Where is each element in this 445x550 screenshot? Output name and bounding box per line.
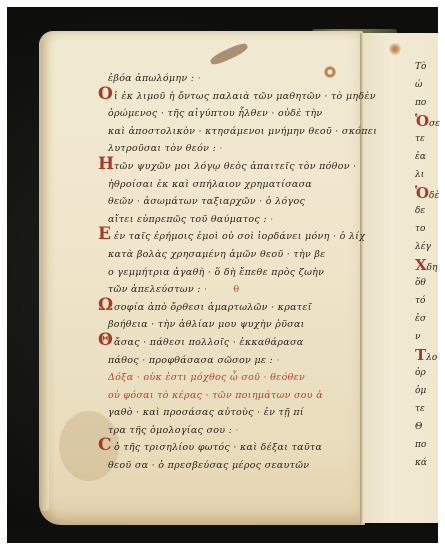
rubric-initial: Ω <box>98 297 113 315</box>
manuscript-line: ἠθροίσαι ἐκ καὶ σπήλαιον χρηματίσασα <box>108 176 348 194</box>
manuscript-line-fragment: ὁμ <box>415 382 440 400</box>
rubric-dot: · <box>273 355 280 366</box>
manuscript-line-fragment: τε <box>415 400 440 418</box>
line-text: λυτροῦσαι τὸν θεόν : <box>108 143 216 154</box>
ink-smudge <box>209 41 249 67</box>
manuscript-line-fragment: Χδη <box>415 256 440 274</box>
manuscript-line-fragment: Θ <box>415 418 440 436</box>
line-text: ὁρώμενος · τῆς αἰγύπτου ἦλθεν · οὐδὲ τὴν <box>108 108 323 119</box>
manuscript-line: βοήθεια · τὴν ἀθλίαν μου ψυχὴν ῥῦσαι <box>108 316 348 334</box>
manuscript-line: λυτροῦσαι τὸν θεόν : · <box>108 140 348 158</box>
manuscript-line: ἐβόα ἀπωλόμην : · <box>108 70 348 88</box>
rubric-dot: · <box>216 143 223 154</box>
line-text: τῶν ψυχῶν μοι λόγῳ θεὸς ἀπαιτεῖς τὸν πόθ… <box>114 161 356 172</box>
rubric-initial: Χ <box>415 256 427 274</box>
manuscript-line: γαθὸ · καὶ προσάσας αὐτοὺς · ἐν τῇ πί <box>108 404 348 422</box>
manuscript-line: κατὰ βολὰς χρησαμένη ἁμῶν θεοῦ · τὴν βε <box>108 246 348 264</box>
right-page-text: ΤὸὠποὉσετεἐαλιὉδὲδετολέγΧδηὅθτόἐσνΤλοὀρὁ… <box>415 58 440 472</box>
rubric-dot: · <box>267 214 274 225</box>
manuscript-line: αἴτει εὐπρεπῶς τοῦ θαύματος : · <box>108 211 348 229</box>
manuscript-line: πάθος · προφθάσασα σῶσον με : · <box>108 352 348 370</box>
manuscript-line-fragment: Ὁσε <box>415 112 440 130</box>
left-page-text: ἐβόα ἀπωλόμην : ·Οἱ ἐκ λιμοῦ ἡ ὄντως παλ… <box>108 70 348 475</box>
manuscript-line: Οἱ ἐκ λιμοῦ ἡ ὄντως παλαιὰ τῶν μαθητῶν ·… <box>108 88 348 106</box>
line-text: λο <box>426 353 437 363</box>
manuscript-line-fragment: τε <box>415 130 440 148</box>
line-text: θεοῦ σα · ὁ πρεσβεύσας μέρος σεαυτῶν <box>108 460 309 471</box>
manuscript-line-fragment: Τὸ <box>415 58 440 76</box>
dark-background-bottom <box>7 525 438 543</box>
manuscript-line-fragment: ὅθ <box>415 274 440 292</box>
manuscript-line: Θἄσας · πάθεσι πολλοῖς · ἐκκαθάρασα <box>108 334 348 352</box>
rubric-initial: Ο <box>98 86 113 104</box>
manuscript-line: τρα τῆς ὁμολογίας σου : · <box>108 422 348 440</box>
rubric-initial: Ὁ <box>415 112 429 130</box>
manuscript-line-fragment: Ὁδὲ <box>415 184 440 202</box>
line-text: οὐ φόσαι τὸ κέρας · τῶν ποιημάτων σου ἀ <box>108 390 323 401</box>
manuscript-line: θεῶν · ἀσωμάτων ταξιαρχῶν · ὁ λόγος <box>108 193 348 211</box>
line-text: ἐβόα ἀπωλόμην : <box>108 73 194 84</box>
manuscript-line-fragment: πο <box>415 94 440 112</box>
line-text: γαθὸ · καὶ προσάσας αὐτοὺς · ἐν τῇ πί <box>108 407 304 418</box>
line-text: πάθος · προφθάσασα σῶσον με : <box>108 355 273 366</box>
line-text: τρα τῆς ὁμολογίας σου : <box>108 425 232 436</box>
rubric-initial: Θ <box>98 332 113 350</box>
line-text: καὶ ἀποστολικὸν · κτησάμενοι μνήμην θεοῦ… <box>108 126 377 137</box>
manuscript-line-fragment: Τλο <box>415 346 440 364</box>
rubric-initial: Η <box>98 156 114 174</box>
line-text: αἴτει εὐπρεπῶς τοῦ θαύματος : <box>108 214 267 225</box>
manuscript-line: Δόξα · οὐκ ἐστι μόχθος ὦ σοῦ · θεόθεν <box>108 369 348 387</box>
rubric-dot: · <box>232 425 239 436</box>
manuscript-line-fragment: ὀρ <box>415 364 440 382</box>
manuscript-line-fragment: δε <box>415 202 440 220</box>
rubric-dot: · <box>201 284 208 295</box>
line-text: ὁ τῆς τρισηλίου φωτός · καὶ δέξαι ταῦτα <box>114 442 322 453</box>
manuscript-line: καὶ ἀποστολικὸν · κτησάμενοι μνήμην θεοῦ… <box>108 123 348 141</box>
manuscript-line: ὁρώμενος · τῆς αἰγύπτου ἦλθεν · οὐδὲ τὴν <box>108 105 348 123</box>
rubric-initial: C <box>98 437 112 455</box>
rubric-dot: · <box>194 73 201 84</box>
manuscript-line: οὐ φόσαι τὸ κέρας · τῶν ποιημάτων σου ἀ <box>108 387 348 405</box>
line-text: σε <box>429 119 440 129</box>
rubric-initial: Ὁ <box>415 184 429 202</box>
manuscript-line-fragment: ἐα <box>415 148 440 166</box>
manuscript-line-fragment: ν <box>415 328 440 346</box>
line-text: ἱ ἐκ λιμοῦ ἡ ὄντως παλαιὰ τῶν μαθητῶν · … <box>114 91 376 102</box>
manuscript-line-fragment: λέγ <box>415 238 440 256</box>
line-text: κατὰ βολὰς χρησαμένη ἁμῶν θεοῦ · τὴν βε <box>108 249 326 260</box>
line-text: ο γεμμήτρια ἀγαθὴ · ὅ δὴ ἔπεθε πρὸς ζωὴν <box>108 267 324 278</box>
manuscript-line: Ωσοφία ἀπὸ ὄρθεσι ἁμαρτωλῶν · κρατεῖ <box>108 299 348 317</box>
line-text: δη <box>427 263 438 273</box>
line-text: ἠθροίσαι ἐκ καὶ σπήλαιον χρηματίσασα <box>108 179 312 190</box>
manuscript-line-fragment: λι <box>415 166 440 184</box>
line-text: δὲ <box>429 191 439 201</box>
manuscript-line-fragment: κά <box>415 454 440 472</box>
manuscript-line-fragment: πο <box>415 436 440 454</box>
line-text: ἄσας · πάθεσι πολλοῖς · ἐκκαθάρασα <box>114 337 303 348</box>
margin-mark: θ <box>233 284 239 295</box>
manuscript-line: Cὁ τῆς τρισηλίου φωτός · καὶ δέξαι ταῦτα <box>108 439 348 457</box>
manuscript-line: τῶν ἀπελεύστων : ·θ <box>108 281 348 299</box>
line-text: τῶν ἀπελεύστων : <box>108 284 201 295</box>
manuscript-line: Εἐν ταῖς ἐρήμοις ἐμοὶ οὐ σοὶ ἰορδάνει μό… <box>108 228 348 246</box>
rubric-initial: Τ <box>415 346 426 364</box>
manuscript-line: θεοῦ σα · ὁ πρεσβεύσας μέρος σεαυτῶν <box>108 457 348 475</box>
line-text: βοήθεια · τὴν ἀθλίαν μου ψυχὴν ῥῦσαι <box>108 319 305 330</box>
manuscript-line: Ητῶν ψυχῶν μοι λόγῳ θεὸς ἀπαιτεῖς τὸν πό… <box>108 158 348 176</box>
manuscript-line-fragment: ὠ <box>415 76 440 94</box>
line-text: σοφία ἀπὸ ὄρθεσι ἁμαρτωλῶν · κρατεῖ <box>114 302 312 313</box>
manuscript-line: ο γεμμήτρια ἀγαθὴ · ὅ δὴ ἔπεθε πρὸς ζωὴν <box>108 264 348 282</box>
manuscript-line-fragment: τό <box>415 292 440 310</box>
line-text: θεῶν · ἀσωμάτων ταξιαρχῶν · ὁ λόγος <box>108 196 305 207</box>
line-text: Δόξα · οὐκ ἐστι μόχθος ὦ σοῦ · θεόθεν <box>108 372 305 383</box>
rubric-initial: Ε <box>98 226 111 244</box>
line-text: ἐν ταῖς ἐρήμοις ἐμοὶ οὐ σοὶ ἰορδάνει μόν… <box>114 231 365 242</box>
manuscript-line-fragment: ἐσ <box>415 310 440 328</box>
manuscript-line-fragment: το <box>415 220 440 238</box>
wormhole-stain <box>389 43 401 55</box>
